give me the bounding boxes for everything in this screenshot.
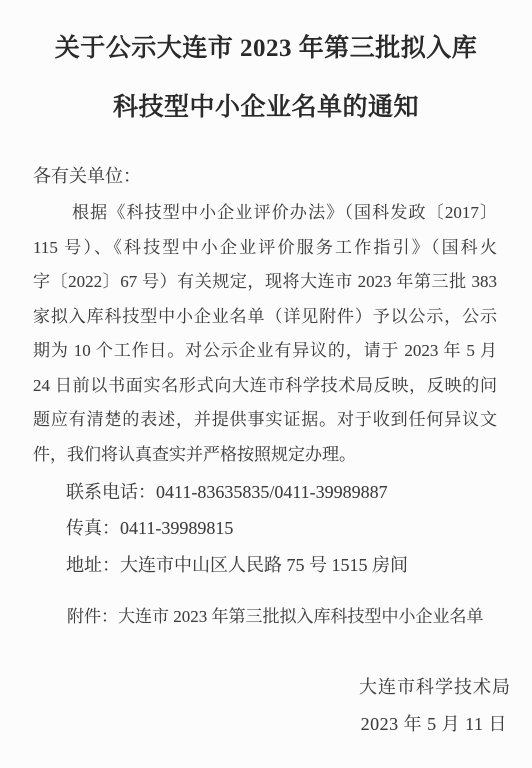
salutation: 各有关单位： bbox=[33, 166, 141, 187]
paragraph-line: 115 号）、《科技型中小企业评价服务工作指引》（国科火 bbox=[33, 238, 497, 258]
paragraph-line: 题应有清楚的表述，并提供事实证据。对于收到任何异议文 bbox=[33, 410, 497, 430]
signature-date: 2023 年 5 月 11 日 bbox=[361, 714, 507, 735]
notice-document-page: 关于公示大连市 2023 年第三批拟入库 科技型中小企业名单的通知 各有关单位：… bbox=[0, 0, 532, 768]
paragraph-line: 件，我们将认真查实并严格按照规定办理。 bbox=[33, 445, 497, 465]
contact-phone-line: 联系电话：0411-83635835/0411-39989887 bbox=[66, 482, 388, 503]
paragraph-line: 24 日前以书面实名形式向大连市科学技术局反映，反映的问 bbox=[33, 376, 497, 396]
contact-address-line: 地址：大连市中山区人民路 75 号 1515 房间 bbox=[66, 555, 408, 576]
paragraph-line: 期为 10 个工作日。对公示企业有异议的，请于 2023 年 5 月 bbox=[33, 341, 497, 361]
document-title-line-2: 科技型中小企业名单的通知 bbox=[0, 95, 532, 120]
document-title-line-1: 关于公示大连市 2023 年第三批拟入库 bbox=[0, 36, 532, 61]
paragraph-line: 字〔2022〕67 号）有关规定，现将大连市 2023 年第三批 383 bbox=[33, 272, 497, 292]
attachment-line: 附件：大连市 2023 年第三批拟入库科技型中小企业名单 bbox=[67, 607, 484, 627]
contact-fax-line: 传真：0411-39989815 bbox=[66, 518, 233, 539]
signature-organization: 大连市科学技术局 bbox=[359, 677, 511, 698]
paragraph-line: 根据《科技型中小企业评价办法》（国科发政〔2017〕 bbox=[33, 203, 497, 223]
paragraph-line: 家拟入库科技型中小企业名单（详见附件）予以公示，公示 bbox=[33, 307, 497, 327]
